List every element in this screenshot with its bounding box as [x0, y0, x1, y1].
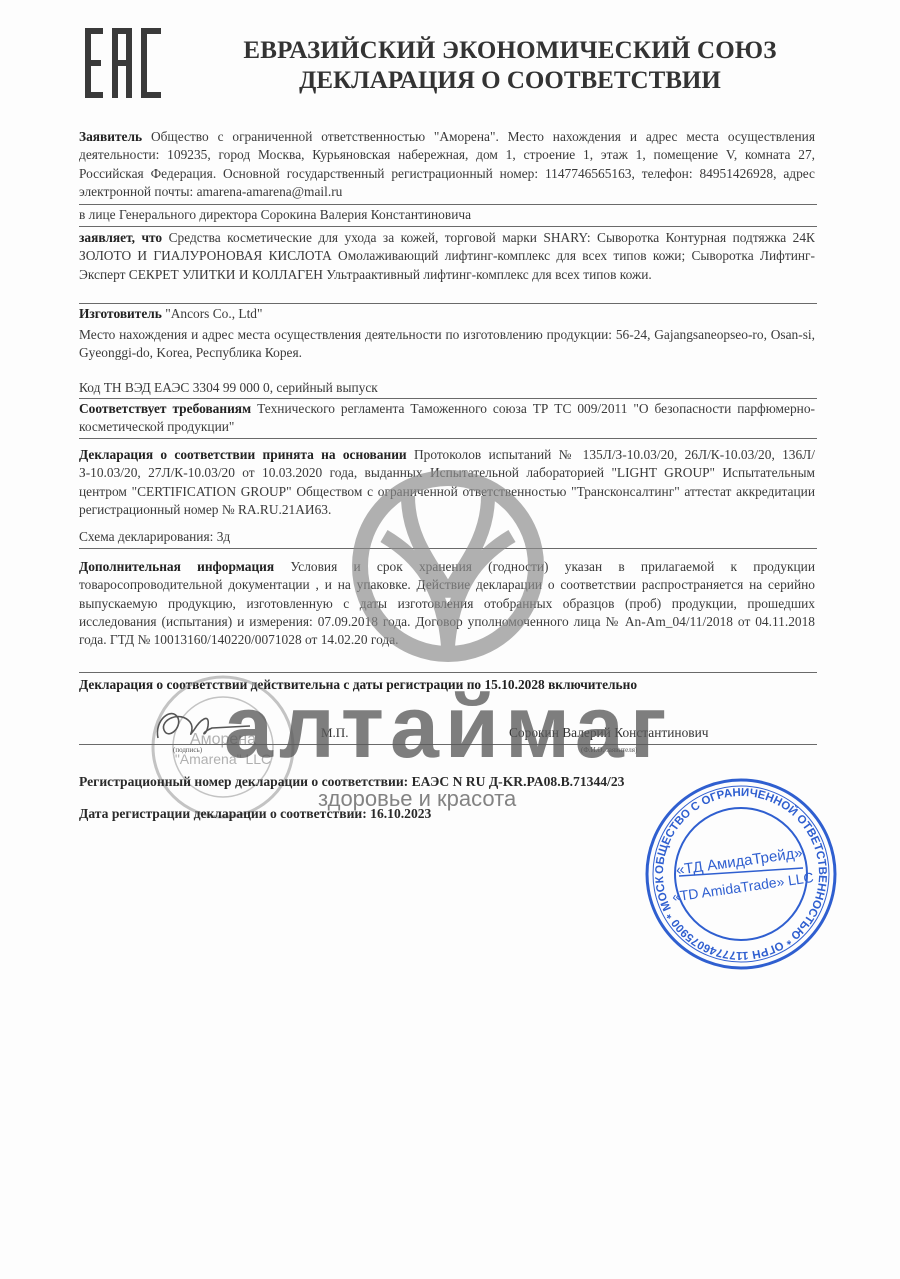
- basis-label: Декларация о соответствии принята на осн…: [79, 447, 407, 462]
- additional-info-label: Дополнительная информация: [79, 559, 274, 574]
- manufacturer-name: "Ancors Co., Ltd": [165, 306, 262, 321]
- divider: [79, 398, 817, 399]
- declaration-page: ЕВРАЗИЙСКИЙ ЭКОНОМИЧЕСКИЙ СОЮЗ ДЕКЛАРАЦИ…: [0, 0, 900, 1279]
- company-seal-icon: ОБЩЕСТВО С ОГРАНИЧЕННОЙ ОТВЕТСТВЕННОСТЬЮ…: [643, 776, 839, 972]
- declares-label: заявляет, что: [79, 230, 162, 245]
- watermark-tagline: здоровье и красота: [318, 786, 516, 812]
- signature-caption: (подпись): [173, 746, 202, 754]
- representative-line: в лице Генерального директора Сорокина В…: [79, 206, 815, 224]
- watermark-brand: алтаймаг: [224, 682, 673, 772]
- manufacturer-label: Изготовитель: [79, 306, 162, 321]
- divider: [79, 204, 817, 205]
- conformity-section: Соответствует требованиям Технического р…: [79, 400, 815, 437]
- declares-section: заявляет, что Средства косметические для…: [79, 229, 815, 284]
- union-title: ЕВРАЗИЙСКИЙ ЭКОНОМИЧЕСКИЙ СОЮЗ: [230, 36, 790, 66]
- manufacturer-section: Изготовитель "Ancors Co., Ltd": [79, 305, 815, 323]
- declares-text: Средства косметические для ухода за коже…: [79, 230, 815, 282]
- leaf-circle-logo-icon: [348, 466, 548, 666]
- manufacturer-address: Место нахождения и адрес места осуществл…: [79, 326, 815, 363]
- divider: [79, 303, 817, 304]
- document-header: ЕВРАЗИЙСКИЙ ЭКОНОМИЧЕСКИЙ СОЮЗ ДЕКЛАРАЦИ…: [230, 36, 790, 96]
- divider: [79, 438, 817, 439]
- document-title: ДЕКЛАРАЦИЯ О СООТВЕТСТВИИ: [230, 66, 790, 96]
- applicant-label: Заявитель: [79, 129, 142, 144]
- eac-mark-icon: [85, 28, 161, 98]
- tn-ved-code: Код ТН ВЭД ЕАЭС 3304 99 000 0, серийный …: [79, 379, 815, 397]
- divider: [79, 226, 817, 227]
- applicant-section: Заявитель Общество с ограниченной ответс…: [79, 128, 815, 201]
- conformity-label: Соответствует: [79, 401, 166, 416]
- applicant-text: Общество с ограниченной ответственностью…: [79, 129, 815, 199]
